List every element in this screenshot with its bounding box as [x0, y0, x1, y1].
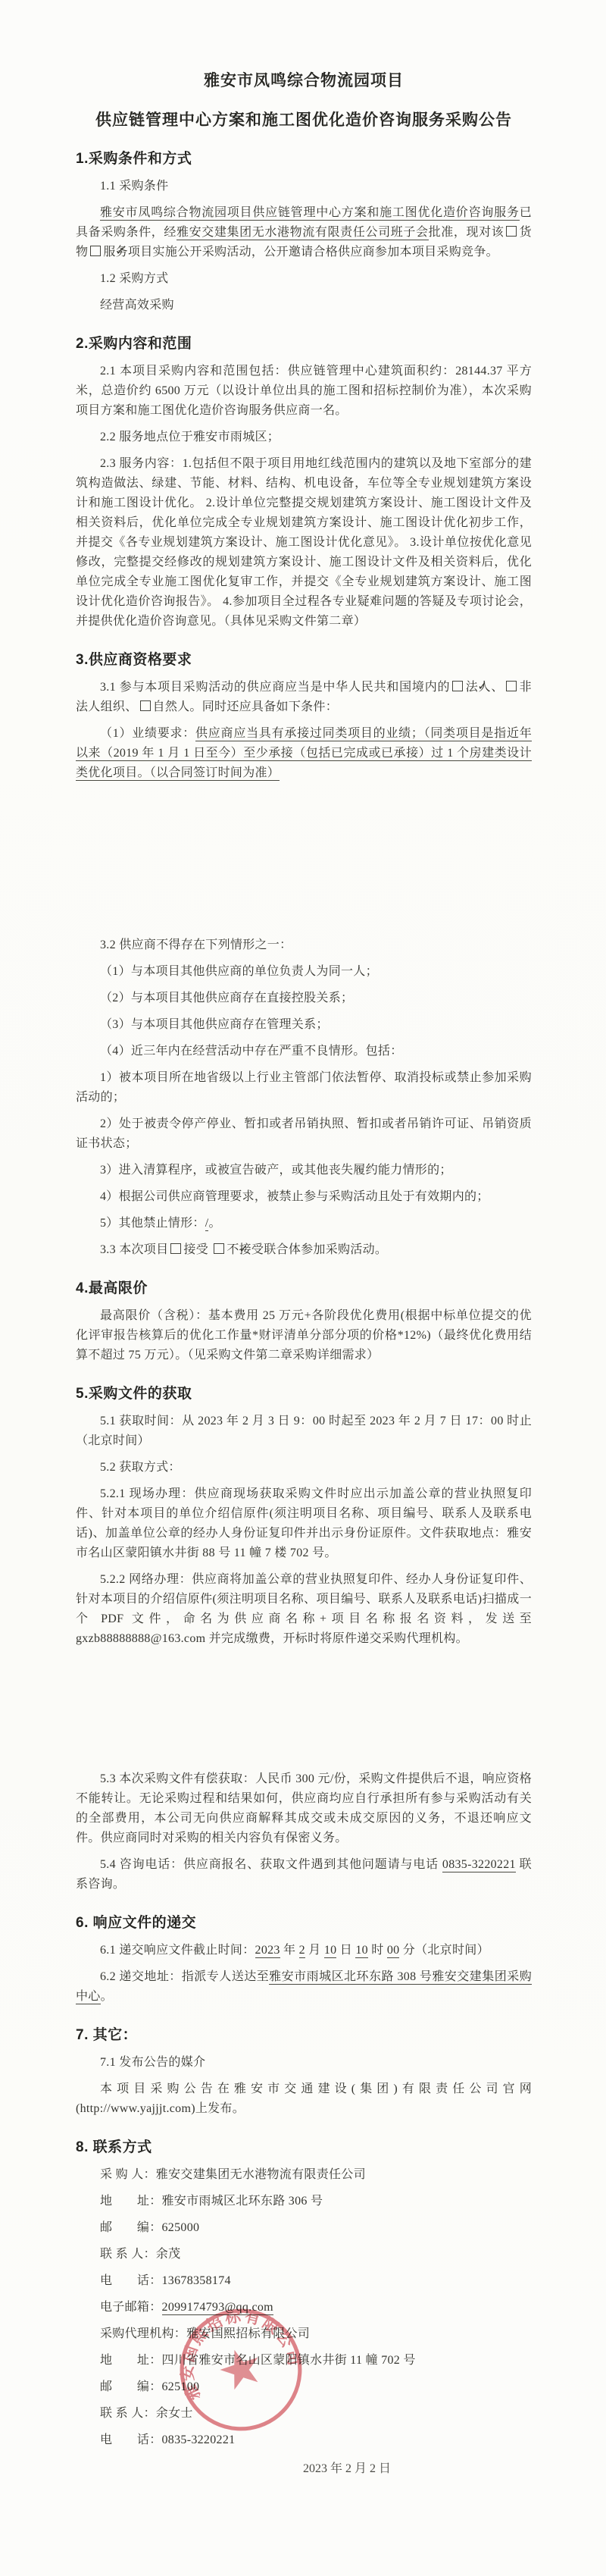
text-segment: 邮 编：625000	[100, 2221, 199, 2234]
section-7-heading: 7. 其它：	[76, 2023, 532, 2044]
underlined-text: 2023	[255, 1944, 280, 1958]
clause-4-paragraph: 最高限价（含税）：基本费用 25 万元+各阶段优化费用(根据中标单位提交的优化评…	[76, 1306, 532, 1365]
text-segment: 最高限价（含税）：基本费用 25 万元+各阶段优化费用(根据中标单位提交的优化评…	[76, 1309, 532, 1362]
text-segment: 5.4 咨询电话：供应商报名、获取文件遇到其他问题请与电话	[100, 1858, 442, 1871]
text-segment: 3.2 供应商不得存在下列情形之一：	[100, 939, 292, 951]
text-segment: 3.1 参与本项目采购活动的供应商应当是中华人民共和国境内的	[100, 681, 450, 694]
blank-gap	[76, 790, 532, 935]
clause-1-1-paragraph: 雅安市凤鸣综合物流园项目供应链管理中心方案和施工图优化造价咨询服务已具备采购条件…	[76, 203, 532, 262]
clause-5-3: 5.3 本次采购文件有偿获取：人民币 300 元/份，采购文件提供后不退，响应资…	[76, 1769, 532, 1848]
text-segment: 。	[208, 1217, 220, 1230]
text-segment: （1）业绩要求：	[100, 727, 195, 740]
text-segment: 。	[101, 1990, 113, 2003]
clause-3-2-item-3: （3）与本项目其他供应商存在管理关系；	[76, 1015, 532, 1035]
document-title-line1: 雅安市凤鸣综合物流园项目	[76, 68, 532, 91]
underlined-text: 2	[299, 1944, 305, 1958]
text-segment: 自然人。同时还应具备如下条件：	[153, 700, 339, 713]
purchaser-name: 采 购 人：雅安交建集团无水港物流有限责任公司	[76, 2165, 532, 2185]
section-8-heading: 8. 联系方式	[76, 2136, 532, 2156]
clause-2-3: 2.3 服务内容：1.包括但不限于项目用地红线范围内的建筑以及地下室部分的建筑构…	[76, 454, 532, 631]
agency-address: 地 址：四川省雅安市名山区蒙阳镇水井街 11 幢 702 号	[76, 2351, 532, 2371]
underlined-text: 雅安市凤鸣综合物流园项目供应链管理中心方案和施工图优化造价咨询服务	[100, 206, 520, 221]
underlined-text: 2099174793@qq.com	[162, 2301, 273, 2315]
clause-3-2-item-4-2: 2）处于被责令停产停业、暂扣或者吊销执照、暂扣或者吊销许可证、吊销资质证书状态；	[76, 1114, 532, 1154]
text-segment: 5.3 本次采购文件有偿获取：人民币 300 元/份，采购文件提供后不退，响应资…	[76, 1772, 532, 1844]
text-segment: 1.1 采购条件	[100, 180, 168, 193]
text-segment: 4）根据公司供应商管理要求，被禁止参与采购活动且处于有效期内的；	[100, 1190, 489, 1203]
text-segment: 2.2 服务地点位于雅安市雨城区；	[100, 431, 280, 443]
text-segment: 1）被本项目所在地省级以上行业主管部门依法暂停、取消投标或禁止参加采购活动的；	[76, 1071, 532, 1104]
text-segment: 时	[368, 1944, 387, 1957]
text-segment: 3）进入清算程序，或被宣告破产，或其他丧失履约能力情形的；	[100, 1164, 452, 1177]
text-segment: 电子邮箱：	[100, 2301, 162, 2314]
text-segment: 地 址：四川省雅安市名山区蒙阳镇水井街 11 幢 702 号	[100, 2354, 416, 2367]
text-segment: 7. 其它：	[76, 2027, 137, 2043]
section-2-heading: 2.采购内容和范围	[76, 332, 532, 353]
clause-3-2-item-2: （2）与本项目其他供应商存在直接控股关系；	[76, 989, 532, 1008]
text-segment: 4.最高限价	[76, 1280, 148, 1296]
text-segment: 5.2.2 网络办理：供应商将加盖公章的营业执照复印件、经办人身份证复印件、针对…	[76, 1573, 532, 1645]
purchaser-email: 电子邮箱：2099174793@qq.com	[76, 2298, 532, 2317]
clause-5-1: 5.1 获取时间：从 2023 年 2 月 3 日 9：00 时起至 2023 …	[76, 1412, 532, 1451]
clause-7-1-paragraph: 本项目采购公告在雅安市交通建设(集团)有限责任公司官网(http://www.y…	[76, 2079, 532, 2119]
clause-5-2-2: 5.2.2 网络办理：供应商将加盖公章的营业执照复印件、经办人身份证复印件、针对…	[76, 1570, 532, 1649]
clause-2-1: 2.1 本项目采购内容和范围包括：供应链管理中心建筑面积约：28144.37 平…	[76, 362, 532, 421]
underlined-text: 10	[355, 1944, 368, 1958]
text-segment: 2.3 服务内容：1.包括但不限于项目用地红线范围内的建筑以及地下室部分的建筑构…	[76, 457, 532, 628]
text-segment: 采 购 人：雅安交建集团无水港物流有限责任公司	[100, 2168, 366, 2181]
checkbox-checked-icon	[90, 246, 101, 256]
purchaser-postcode: 邮 编：625000	[76, 2218, 532, 2238]
text-segment: 本项目采购公告在雅安市交通建设(集团)有限责任公司官网(http://www.y…	[76, 2082, 532, 2115]
section-5-heading: 5.采购文件的获取	[76, 1382, 532, 1402]
text-segment: 不接受联合体参加采购活动。	[226, 1243, 387, 1256]
clause-6-2: 6.2 递交地址：指派专人送达至雅安市雨城区北环东路 308 号雅安交建集团采购…	[76, 1967, 532, 2007]
clause-3-2-item-1: （1）与本项目其他供应商的单位负责人为同一人；	[76, 962, 532, 982]
text-segment: （4）近三年内在经营活动中存在严重不良情形。包括：	[100, 1045, 403, 1058]
clause-5-2-1: 5.2.1 现场办理：供应商现场获取采购文件时应出示加盖公章的营业执照复印件、针…	[76, 1484, 532, 1563]
clause-3-1: 3.1 参与本项目采购活动的供应商应当是中华人民共和国境内的法人、非法人组织、自…	[76, 678, 532, 717]
checkbox-unchecked-icon	[506, 681, 517, 691]
underlined-text: 雅安交建集团无水港物流有限责任公司班子会	[176, 226, 429, 240]
clause-3-2-item-4-4: 4）根据公司供应商管理要求，被禁止参与采购活动且处于有效期内的；	[76, 1187, 532, 1207]
underlined-text: 10	[324, 1944, 337, 1958]
clause-3-2-item-4-1: 1）被本项目所在地省级以上行业主管部门依法暂停、取消投标或禁止参加采购活动的；	[76, 1068, 532, 1108]
checkbox-checked-icon	[214, 1243, 224, 1254]
document-date: 2023 年 2 月 2 日	[76, 2459, 391, 2479]
text-segment: 批准，现对该	[429, 226, 504, 239]
text-segment: 6.1 递交响应文件截止时间：	[100, 1944, 255, 1957]
clause-2-2: 2.2 服务地点位于雅安市雨城区；	[76, 428, 532, 447]
document-blocks: 1.采购条件和方式1.1 采购条件雅安市凤鸣综合物流园项目供应链管理中心方案和施…	[76, 147, 532, 2450]
text-segment: 电 话：0835-3220221	[100, 2433, 235, 2446]
text-segment: 6. 响应文件的递交	[76, 1915, 196, 1931]
document-title-line2: 供应链管理中心方案和施工图优化造价咨询服务采购公告	[76, 108, 532, 130]
agency-name: 采购代理机构：雅安国熙招标有限公司	[76, 2324, 532, 2344]
section-4-heading: 4.最高限价	[76, 1277, 532, 1297]
blank-gap	[76, 1656, 532, 1769]
text-segment: 3.供应商资格要求	[76, 652, 192, 668]
text-segment: 3.3 本次项目	[100, 1243, 168, 1256]
checkbox-unchecked-icon	[140, 700, 151, 711]
text-segment: 5）其他禁止情形：	[100, 1217, 205, 1230]
section-1-heading: 1.采购条件和方式	[76, 147, 532, 168]
text-segment: 分（北京时间）	[399, 1944, 489, 1957]
clause-3-1-item-1: （1）业绩要求：供应商应当具有承接过同类项目的业绩；（同类项目是指近年以来（20…	[76, 724, 532, 783]
scanned-document-page: 雅安市凤鸣综合物流园项目 供应链管理中心方案和施工图优化造价咨询服务采购公告 1…	[0, 0, 606, 2576]
clause-1-1-label: 1.1 采购条件	[76, 177, 532, 196]
clause-1-2-value: 经营高效采购	[76, 296, 532, 315]
clause-5-2: 5.2 获取方式：	[76, 1458, 532, 1478]
text-segment: 1.采购条件和方式	[76, 151, 192, 167]
text-segment: 2.1 本项目采购内容和范围包括：供应链管理中心建筑面积约：28144.37 平…	[76, 365, 532, 417]
section-3-heading: 3.供应商资格要求	[76, 648, 532, 669]
text-segment: 采购代理机构：雅安国熙招标有限公司	[100, 2327, 310, 2340]
checkbox-checked-icon	[452, 681, 463, 691]
section-6-heading: 6. 响应文件的递交	[76, 1911, 532, 1932]
agency-postcode: 邮 编：625100	[76, 2377, 532, 2397]
text-segment: 接受	[183, 1243, 211, 1256]
clause-3-3: 3.3 本次项目接受 不接受联合体参加采购活动。	[76, 1240, 532, 1260]
text-segment: 电 话：13678358174	[100, 2274, 231, 2287]
text-segment: 年	[280, 1944, 299, 1957]
text-segment: 8. 联系方式	[76, 2139, 152, 2155]
text-segment: 2.采购内容和范围	[76, 336, 192, 352]
checkbox-unchecked-icon	[506, 226, 517, 237]
text-segment: 联 系 人：余茂	[100, 2248, 180, 2261]
text-segment: 5.1 获取时间：从 2023 年 2 月 3 日 9：00 时起至 2023 …	[76, 1415, 532, 1447]
clause-6-1: 6.1 递交响应文件截止时间：2023 年 2 月 10 日 10 时 00 分…	[76, 1941, 532, 1960]
text-segment: 5.2.1 现场办理：供应商现场获取采购文件时应出示加盖公章的营业执照复印件、针…	[76, 1487, 532, 1559]
agency-contact-person: 联 系 人：余女士	[76, 2404, 532, 2424]
clause-5-4: 5.4 咨询电话：供应商报名、获取文件遇到其他问题请与电话 0835-32202…	[76, 1855, 532, 1894]
text-segment: 1.2 采购方式	[100, 272, 168, 285]
text-segment: 日	[336, 1944, 355, 1957]
text-segment: （2）与本项目其他供应商存在直接控股关系；	[100, 992, 353, 1004]
text-segment: 7.1 发布公告的媒介	[100, 2056, 205, 2069]
purchaser-phone: 电 话：13678358174	[76, 2271, 532, 2291]
underlined-text: 0835-3220221	[442, 1858, 516, 1872]
text-segment: 经营高效采购	[100, 299, 174, 312]
checkbox-unchecked-icon	[170, 1243, 181, 1254]
clause-3-2: 3.2 供应商不得存在下列情形之一：	[76, 935, 532, 955]
text-segment: 邮 编：625100	[100, 2380, 199, 2393]
text-segment: 月	[305, 1944, 324, 1957]
clause-7-1-label: 7.1 发布公告的媒介	[76, 2053, 532, 2073]
clause-3-2-item-4: （4）近三年内在经营活动中存在严重不良情形。包括：	[76, 1042, 532, 1061]
text-segment: 5.采购文件的获取	[76, 1386, 192, 1402]
text-segment: 服务项目实施公开采购活动，公开邀请合格供应商参加本项目采购竞争。	[103, 246, 498, 259]
text-segment: 2）处于被责令停产停业、暂扣或者吊销执照、暂扣或者吊销许可证、吊销资质证书状态；	[76, 1117, 532, 1150]
text-segment: 联 系 人：余女士	[100, 2407, 193, 2420]
purchaser-contact-person: 联 系 人：余茂	[76, 2245, 532, 2264]
underlined-text: 00	[387, 1944, 400, 1958]
clause-1-2-label: 1.2 采购方式	[76, 269, 532, 289]
agency-phone: 电 话：0835-3220221	[76, 2430, 532, 2450]
purchaser-address: 地 址：雅安市雨城区北环东路 306 号	[76, 2192, 532, 2211]
text-segment: 5.2 获取方式：	[100, 1461, 181, 1474]
clause-3-2-item-4-5: 5）其他禁止情形：/。	[76, 1214, 532, 1233]
text-segment: （1）与本项目其他供应商的单位负责人为同一人；	[100, 965, 378, 978]
clause-3-2-item-4-3: 3）进入清算程序，或被宣告破产，或其他丧失履约能力情形的；	[76, 1161, 532, 1180]
text-segment: 地 址：雅安市雨城区北环东路 306 号	[100, 2195, 323, 2208]
text-segment: 6.2 递交地址：指派专人送达至	[100, 1970, 269, 1983]
text-segment: （3）与本项目其他供应商存在管理关系；	[100, 1018, 329, 1031]
